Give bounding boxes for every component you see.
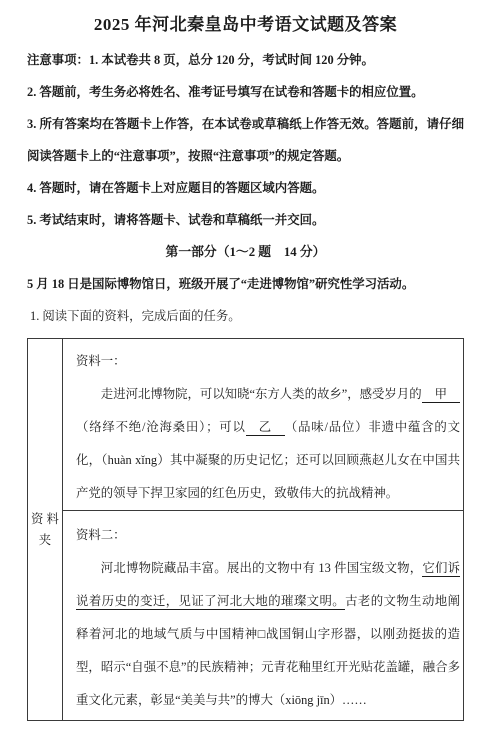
material-2-cell: 资料二： 河北博物院藏品丰富。展出的文物中有 13 件国宝级文物，它们诉说着历史… <box>63 511 463 720</box>
notice-item-5: 5. 考试结束时，请将答题卡、试卷和草稿纸一并交回。 <box>27 204 464 236</box>
section-1-heading: 第一部分（1～2 题 14 分） <box>27 236 464 268</box>
materials-content-column: 资料一： 走进河北博物院，可以知晓“东方人类的故乡”，感受岁月的甲（络绎不绝/沧… <box>63 339 463 720</box>
folder-side-label-line2: 夹 <box>39 530 51 551</box>
activity-intro-line: 5 月 18 日是国际博物馆日，班级开展了“走进博物馆”研究性学习活动。 <box>27 268 464 300</box>
notice-item-3: 3. 所有答案均在答题卡上作答，在本试卷或草稿纸上作答无效。答题前，请仔细阅读答… <box>27 108 464 172</box>
material-1-cell: 资料一： 走进河北博物院，可以知晓“东方人类的故乡”，感受岁月的甲（络绎不绝/沧… <box>63 339 463 511</box>
folder-side-label-line1: 资 料 <box>31 509 59 530</box>
material-2-heading: 资料二： <box>76 519 460 552</box>
material-1-text-segment-1: 走进河北博物院，可以知晓“东方人类的故乡”，感受岁月的 <box>101 387 422 401</box>
exam-notices-section: 注意事项：1. 本试卷共 8 页，总分 120 分，考试时间 120 分钟。 2… <box>27 44 464 236</box>
material-2-text-segment-2: 古老的文物生动地阐释着河北的地域气质与中国精神□战国铜山字形器，以刚劲挺拔的造型… <box>76 594 460 707</box>
material-1-text-segment-2: （络绎不绝/沧海桑田）；可以 <box>76 420 246 434</box>
material-1-heading: 资料一： <box>76 345 460 378</box>
folder-side-label-cell: 资 料 夹 <box>28 339 63 720</box>
notice-item-2: 2. 答题前，考生务必将姓名、准考证号填写在试卷和答题卡的相应位置。 <box>27 76 464 108</box>
material-2-paragraph: 河北博物院藏品丰富。展出的文物中有 13 件国宝级文物，它们诉说着历史的变迁，见… <box>76 552 460 717</box>
exam-paper-page: 2025 年河北秦皇岛中考语文试题及答案 注意事项：1. 本试卷共 8 页，总分… <box>0 0 490 741</box>
notice-item-1: 注意事项：1. 本试卷共 8 页，总分 120 分，考试时间 120 分钟。 <box>27 44 464 76</box>
materials-folder-table: 资 料 夹 资料一： 走进河北博物院，可以知晓“东方人类的故乡”，感受岁月的甲（… <box>27 338 464 721</box>
page-title: 2025 年河北秦皇岛中考语文试题及答案 <box>27 12 464 38</box>
question-1-prompt: 1. 阅读下面的资料，完成后面的任务。 <box>27 300 464 332</box>
material-1-paragraph: 走进河北博物院，可以知晓“东方人类的故乡”，感受岁月的甲（络绎不绝/沧海桑田）；… <box>76 378 460 510</box>
fill-blank-jia: 甲 <box>422 387 460 403</box>
fill-blank-yi: 乙 <box>246 420 285 436</box>
notice-item-4: 4. 答题时，请在答题卡上对应题目的答题区域内答题。 <box>27 172 464 204</box>
material-2-text-segment-1: 河北博物院藏品丰富。展出的文物中有 13 件国宝级文物， <box>101 561 423 575</box>
